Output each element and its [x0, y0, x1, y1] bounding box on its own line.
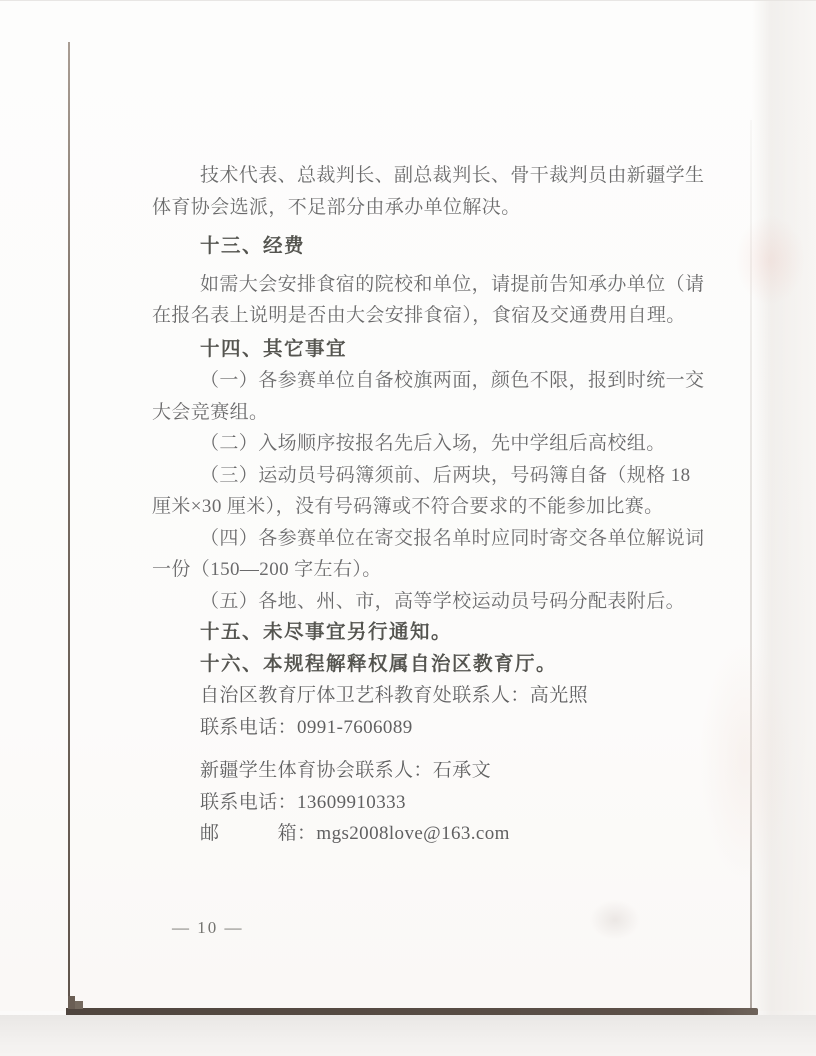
contact-line: 联系电话：0991-7606089 — [152, 712, 697, 744]
contact-line: 联系电话：13609910333 — [152, 787, 697, 819]
document-text-body: 技术代表、总裁判长、副总裁判长、骨干裁判员由新疆学生体育协会选派，不足部分由承办… — [152, 160, 697, 850]
section-heading: 十六、本规程解释权属自治区教育厅。 — [152, 649, 697, 681]
section-heading: 十三、经费 — [152, 231, 697, 263]
text-line: （二）入场顺序按报名先后入场，先中学组后高校组。 — [152, 428, 697, 460]
page-left-edge-shadow — [68, 42, 70, 1010]
section-heading: 十五、未尽事宜另行通知。 — [152, 617, 697, 649]
section-heading: 十四、其它事宜 — [152, 334, 697, 366]
text-line: 如需大会安排食宿的院校和单位，请提前告知承办单位（请 — [152, 269, 697, 301]
scanner-background-bottom — [0, 1015, 816, 1056]
text-line: 大会竞赛组。 — [152, 397, 697, 429]
contact-line: 自治区教育厅体卫艺科教育处联系人：高光照 — [152, 680, 697, 712]
text-line: 体育协会选派，不足部分由承办单位解决。 — [152, 192, 697, 224]
page-bottom-edge-shadow — [66, 1008, 758, 1015]
text-line: 一份（150—200 字左右）。 — [152, 554, 697, 586]
text-line: （三）运动员号码簿须前、后两块，号码簿自备（规格 18 — [152, 460, 697, 492]
text-line: （四）各参赛单位在寄交报名单时应同时寄交各单位解说词 — [152, 523, 697, 555]
contact-line: 新疆学生体育协会联系人：石承文 — [152, 755, 697, 787]
page-corner-curl — [75, 1001, 83, 1009]
text-line: （一）各参赛单位自备校旗两面，颜色不限，报到时统一交 — [152, 365, 697, 397]
page-corner-curl — [68, 996, 75, 1009]
scanned-document: { "document": { "language": "zh-CN", "li… — [0, 0, 816, 1056]
page-number: — 10 — — [172, 918, 244, 938]
page-right-edge-shadow — [750, 120, 752, 1010]
text-line: 技术代表、总裁判长、副总裁判长、骨干裁判员由新疆学生 — [152, 160, 697, 192]
text-line: （五）各地、州、市，高等学校运动员号码分配表附后。 — [152, 586, 697, 618]
text-line: 在报名表上说明是否由大会安排食宿），食宿及交通费用自理。 — [152, 300, 697, 332]
scanner-background-right — [752, 0, 816, 1015]
text-line: 厘米×30 厘米），没有号码簿或不符合要求的不能参加比赛。 — [152, 491, 697, 523]
contact-line: 邮 箱：mgs2008love@163.com — [152, 818, 697, 850]
